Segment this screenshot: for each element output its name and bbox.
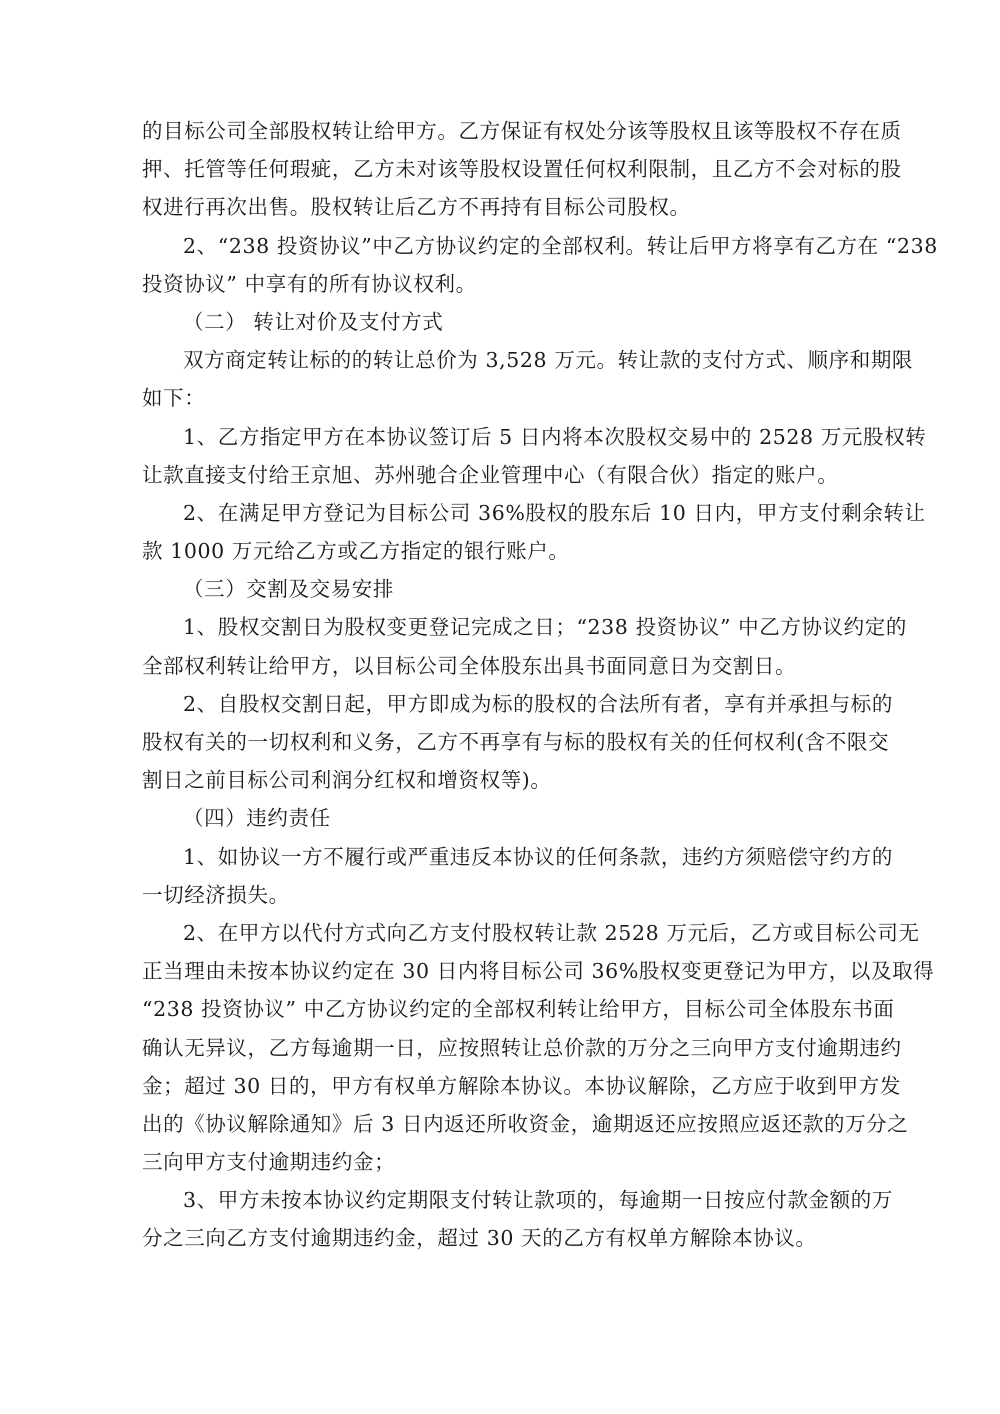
paragraph-line: 确认无异议，乙方每逾期一日，应按照转让总价款的万分之三向甲方支付逾期违约 xyxy=(142,1029,868,1067)
paragraph-line: 双方商定转让标的的转让总价为 3,528 万元。转让款的支付方式、顺序和期限 xyxy=(142,341,868,379)
paragraph-line: 权进行再次出售。股权转让后乙方不再持有目标公司股权。 xyxy=(142,188,868,226)
paragraph-line: 2、“238 投资协议”中乙方协议约定的全部权利。转让后甲方将享有乙方在 “23… xyxy=(142,227,868,265)
paragraph-line: 如下： xyxy=(142,379,868,417)
document-page: 的目标公司全部股权转让给甲方。乙方保证有权处分该等股权且该等股权不存在质 押、托… xyxy=(142,112,868,1258)
paragraph-line: 1、乙方指定甲方在本协议签订后 5 日内将本次股权交易中的 2528 万元股权转 xyxy=(142,418,868,456)
paragraph-line: 2、在满足甲方登记为目标公司 36%股权的股东后 10 日内，甲方支付剩余转让 xyxy=(142,494,868,532)
paragraph-line: 1、股权交割日为股权变更登记完成之日；“238 投资协议” 中乙方协议约定的 xyxy=(142,608,868,646)
paragraph-line: “238 投资协议” 中乙方协议约定的全部权利转让给甲方，目标公司全体股东书面 xyxy=(142,990,868,1028)
paragraph-line: 出的《协议解除通知》后 3 日内返还所收资金，逾期返还应按照应返还款的万分之 xyxy=(142,1105,868,1143)
paragraph-line: 3、甲方未按本协议约定期限支付转让款项的，每逾期一日按应付款金额的万 xyxy=(142,1181,868,1219)
paragraph-line: 投资协议” 中享有的所有协议权利。 xyxy=(142,265,868,303)
paragraph-line: 款 1000 万元给乙方或乙方指定的银行账户。 xyxy=(142,532,868,570)
section-heading-3: （三）交割及交易安排 xyxy=(142,570,868,608)
section-heading-2: （二） 转让对价及支付方式 xyxy=(142,303,868,341)
paragraph-line: 金；超过 30 日的，甲方有权单方解除本协议。本协议解除，乙方应于收到甲方发 xyxy=(142,1067,868,1105)
paragraph-line: 割日之前目标公司利润分红权和增资权等)。 xyxy=(142,761,868,799)
paragraph-line: 1、如协议一方不履行或严重违反本协议的任何条款，违约方须赔偿守约方的 xyxy=(142,838,868,876)
paragraph-line: 2、自股权交割日起，甲方即成为标的股权的合法所有者，享有并承担与标的 xyxy=(142,685,868,723)
paragraph-line: 让款直接支付给王京旭、苏州驰合企业管理中心（有限合伙）指定的账户。 xyxy=(142,456,868,494)
paragraph-line: 的目标公司全部股权转让给甲方。乙方保证有权处分该等股权且该等股权不存在质 xyxy=(142,112,868,150)
section-heading-4: （四）违约责任 xyxy=(142,799,868,837)
paragraph-line: 三向甲方支付逾期违约金； xyxy=(142,1143,868,1181)
paragraph-line: 押、托管等任何瑕疵，乙方未对该等股权设置任何权利限制，且乙方不会对标的股 xyxy=(142,150,868,188)
paragraph-line: 全部权利转让给甲方，以目标公司全体股东出具书面同意日为交割日。 xyxy=(142,647,868,685)
paragraph-line: 分之三向乙方支付逾期违约金，超过 30 天的乙方有权单方解除本协议。 xyxy=(142,1219,868,1257)
paragraph-line: 2、在甲方以代付方式向乙方支付股权转让款 2528 万元后，乙方或目标公司无 xyxy=(142,914,868,952)
paragraph-line: 股权有关的一切权利和义务，乙方不再享有与标的股权有关的任何权利(含不限交 xyxy=(142,723,868,761)
paragraph-line: 正当理由未按本协议约定在 30 日内将目标公司 36%股权变更登记为甲方，以及取… xyxy=(142,952,868,990)
paragraph-line: 一切经济损失。 xyxy=(142,876,868,914)
